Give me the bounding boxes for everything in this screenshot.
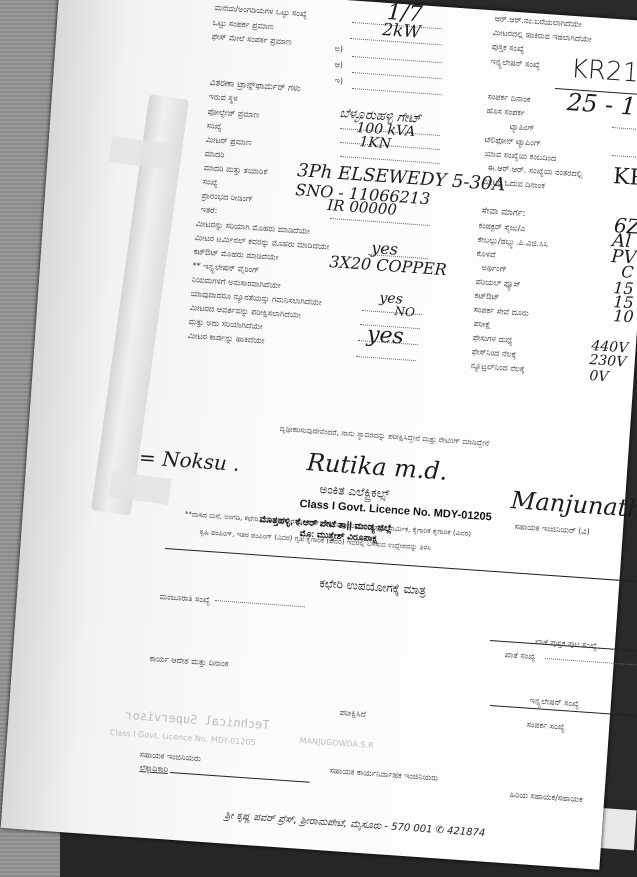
field-label: ಕಟ್‌ಔಟ್ (474, 291, 499, 303)
field-label: ಟ್ಯಾಪಿಂಗ್ (509, 122, 534, 134)
field-label: ಸಂಪರ್ಕ ದಿನಾಂಕ (487, 92, 530, 105)
field-label: ನ್ಯೂಟ್ರಲ್‌ನಿಂದ ನೆಲಕ್ಕೆ (470, 361, 525, 375)
field-label: ಸಂಖ್ಯೆ (206, 121, 222, 132)
field-label: ಮನೆಯ/ಅಂಗಡಿಯಗಳ ಒಟ್ಟು ಸಂಖ್ಯೆ (214, 3, 307, 19)
field-line (356, 356, 416, 361)
field-label: ಮಾದರಿ ಮತ್ತು ತಯಾರಿಕೆ (203, 163, 267, 177)
section-officer-label: ಲೆಕ್ಕಾಧಿಕಾರಿ (139, 763, 168, 775)
field-label: ಅರ್ಥಿಂಗ್ (481, 263, 507, 275)
field-label: ಸಂಖ್ಯೆ (202, 177, 218, 188)
field-label: ಹೊಸ ಸಂಪರ್ಕ (486, 106, 525, 119)
asst-exec-engineer-label: ಸಹಾಯಕ ಕಾರ್ಯನಿರ್ವಾಹಕ ಇಂಜಿನಿಯರು (329, 766, 438, 784)
field-label: ನಿಯಮಗಳಿಗೆ ಅನುಸಾರವಾಗಿದೆಯೇ (191, 275, 281, 291)
field-label: ಫೇಸ್‌ನಿಂದ ನೆಲಕ್ಕೆ (471, 347, 516, 360)
field-value: NO (394, 304, 415, 319)
field-label: ಅ) (334, 44, 343, 55)
field-label: ಇ) (334, 76, 343, 87)
handwritten-note: = Noksu . (138, 445, 240, 476)
field-label: ಇತರೆ: (200, 205, 217, 216)
field-line (612, 127, 637, 130)
field-label: ಪರೀಕ್ಷೆ (473, 319, 490, 330)
field-line (352, 72, 442, 79)
senior-asst-label: ಹಿರಿಯ ಸಹಾಯಕ/ಸಹಾಯಕ (509, 790, 583, 805)
field-value: 1KN (359, 134, 392, 152)
bleed-through-text: Technical Supervisor (125, 708, 270, 732)
field-label: ಫೇಸ್ ಮೇಲೆ ಸಂಪರ್ಕ ಪ್ರಮಾಣ (211, 32, 292, 48)
form-content: ಮನೆಯ/ಅಂಗಡಿಯಗಳ ಒಟ್ಟು ಸಂಖ್ಯೆ 1/7 ಒಟ್ಟು ಸಂಪ… (0, 0, 637, 877)
field-line (215, 600, 305, 607)
section-heading: ಸೇವಾ ಮಾರ್ಗ: (481, 206, 525, 219)
field-label: ಯಾವ ಸಂಖ್ಯೆಯ ಕಂಬದಿಂದ (484, 149, 556, 164)
field-value: KR (612, 164, 637, 191)
field-label: ಕೇಬಲ್ಲು/ಡಬ್ಲ್ಯು.ಪಿ.ವಿಜಿ.ಸಿಸಿ (477, 235, 548, 250)
field-line (352, 88, 442, 95)
asst-engineer-label: ಸಹಾಯಕ ಇಂಜಿನಿಯರು (139, 750, 201, 764)
field-label: ಮೀಟರ್ ಪ್ರಮಾಣ (205, 135, 252, 148)
field-line (340, 156, 440, 164)
field-label: ಟೆಲಿಫೋನ್ ಟ್ಯಾಪಿಂಗ್ (484, 135, 541, 149)
divider (165, 548, 637, 582)
bleed-through-text: MANJUGOWDA.S.R (299, 736, 374, 750)
field-value: 0V (589, 368, 609, 385)
field-label: ಕೊಳವೆ (476, 249, 495, 260)
field-label: ಒಟ್ಟು ಸಂಪರ್ಕ ಪ್ರಮಾಣ (212, 18, 274, 32)
field-line (612, 155, 637, 158)
field-label: ಕಂಡಕ್ಟರ್ ಸೈಜು/ಎ (478, 221, 526, 234)
field-label: ಇನ್ಸ್ಟಲೇಷನ್ ಸಂಖ್ಯೆ (490, 57, 540, 70)
field-value: 2kW (382, 20, 422, 43)
sanction-number-label: ಮಂಜೂರಾತಿ ಸಂಖ್ಯೆ (159, 592, 210, 605)
declaration-text: ದೃಢೀಕರಿಸುವುದೇನೆಂದರೆ, ನಾನು ಸ್ಥಾವರವನ್ನು ಪರ… (279, 424, 489, 449)
field-line (330, 218, 430, 226)
field-line (170, 772, 310, 783)
work-order-label: ಕಾರ್ಯ ಆದೇಶ ಮತ್ತು ದಿನಾಂಕ (149, 654, 228, 669)
printer-imprint: ಶ್ರೀ ಕೃಷ್ಣ ಪವರ್ ಪ್ರೆಸ್, ಶ್ರೀರಾಮಪೇಟೆ, ಮೈಸ… (224, 810, 485, 839)
bleed-through-text: Class I Govt. Licence No. MDY-01205 (109, 728, 255, 747)
engineer-signature: Manjunatha (510, 486, 637, 524)
field-value: 25 - 1 (566, 88, 637, 121)
ledger-page-label: ಖಾತೆ ಪುಸ್ತಕ ಪುಟ ಸಂಖ್ಯೆ (534, 637, 597, 651)
field-line (545, 658, 637, 666)
field-label: ಪ್ರಾರಂಭದ ರೀಡಿಂಗ್ (201, 191, 253, 205)
account-number-label: ಖಾತೆ ಸಂಖ್ಯೆ (504, 650, 535, 662)
field-label: ಆರ್.ಆರ್.ನಂ.ಬರೆಯಲಾಗಿದೆಯೇ (494, 14, 582, 30)
field-label: ಕಟ್‌ಔಟ್ ಮೊಹರು ಮಾಡಿದೆಯೇ (193, 247, 278, 263)
contractor-name: ಅಂಕಿತ ಎಲೆಕ್ಟ್ರಿಕಲ್ಸ್ (319, 482, 390, 502)
field-label: ಮತ್ತು ಅದು ಸರಿಯಾಗಿದೆಯೇ (188, 317, 263, 332)
field-value: yes (366, 322, 404, 350)
field-label: ಫೇಸುಗಳ ಮಧ್ಯೆ (472, 333, 513, 346)
field-line (352, 56, 442, 63)
field-value: 3X20 COPPER (329, 252, 448, 279)
field-label: ** ಇನ್ಸ್ಟಲೇಷನ್ ವೈರಿಂಗ್ (192, 261, 259, 276)
header-fragment: ...ಯಲ್ಲಿ ) (489, 0, 518, 6)
field-value: 10 (613, 306, 635, 326)
section-heading: ವಿತರಣಾ ಟ್ರಾನ್ಸ್‌ಫಾರ್ಮರ್ ಗಳು (209, 78, 301, 94)
inspected-label: ಪರೀಕ್ಷಿಸಿದೆ (339, 708, 366, 720)
field-label: ಆ) (334, 60, 343, 71)
field-value: KR21E (570, 54, 637, 90)
field-value: IR 00000 (327, 196, 398, 219)
field-label: ಪರಿಯಲ್ ಫ್ಯೂಸ್ (475, 277, 520, 290)
field-label: ಇರುವ ಸ್ಥಳ (208, 92, 238, 104)
field-label: ಮೀಟರ ಕಾರ್ಡನ್ನು ಹಾಕಿದೆಯೇ (187, 331, 265, 346)
field-label: ಪುಸ್ತಕ ಸಂಖ್ಯೆ (491, 42, 524, 54)
engineer-label: ಸಹಾಯಕ ಇಂಜಿನಿಯರ್ (ವಿ) (514, 522, 590, 537)
field-label: ಸಂಪರ್ಕ ಸೇವೆ ದೂರು (473, 305, 529, 319)
office-use-title: ಕಛೇರಿ ಉಪಯೋಗಕ್ಕೆ ಮಾತ್ರ (319, 576, 427, 598)
field-label: ಫೋಲ್ಟೇಜ್ ಪ್ರಮಾಣ (207, 107, 259, 121)
connection-number-label: ಸಂಪರ್ಕ ಸಂಖ್ಯೆ (526, 720, 565, 733)
contractor-signature: Rutika m.d. (306, 448, 448, 486)
field-label: ಮಾದರಿ (204, 149, 224, 160)
